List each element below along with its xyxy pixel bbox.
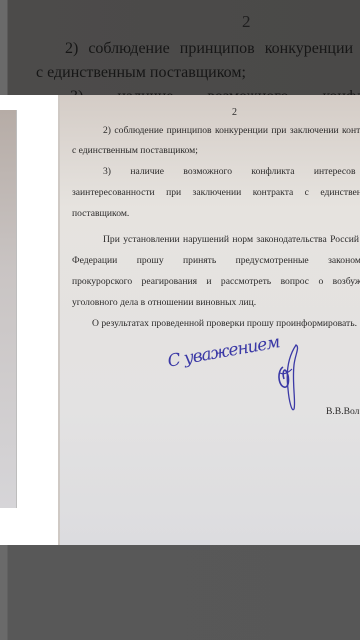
- background-text-line: 2) соблюдение принципов конкуренции при …: [65, 40, 360, 58]
- blurred-background-top: 2 2) соблюдение принципов конкуренции пр…: [0, 0, 360, 95]
- page-number: 2: [232, 103, 237, 122]
- document-line: При установлении нарушений норм законода…: [103, 230, 359, 249]
- document-line: 2) соблюдение принципов конкуренции при …: [103, 121, 360, 140]
- signer-name: В.В.Вол: [326, 406, 359, 417]
- document-line: О результатах проведенной проверки прошу…: [92, 314, 357, 333]
- document-line: 3) наличие возможного конфликта интересо…: [103, 162, 360, 181]
- document-line: уголовного дела в отношении виновных лиц…: [72, 293, 256, 312]
- previous-image-thumbnail[interactable]: [0, 110, 17, 508]
- handwritten-note: С уважением: [166, 332, 281, 371]
- blurred-background-bottom: [0, 545, 360, 640]
- document-line: с единственным поставщиком;: [72, 141, 198, 160]
- background-page-number: 2: [242, 12, 251, 32]
- document-photo: 2 2) соблюдение принципов конкуренции пр…: [58, 95, 360, 545]
- background-text-line: с единственным поставщиком;: [36, 64, 246, 82]
- document-line: поставщиком.: [72, 204, 129, 223]
- background-text-line: 3) наличие возможного конфликта интерес: [70, 88, 360, 95]
- document-line: Федерации прошу принять предусмотренные …: [72, 251, 360, 270]
- document-line: прокурорского реагирования и рассмотреть…: [72, 272, 360, 291]
- document-line: заинтересованности при заключении контра…: [72, 183, 360, 202]
- signature-icon: [274, 343, 304, 415]
